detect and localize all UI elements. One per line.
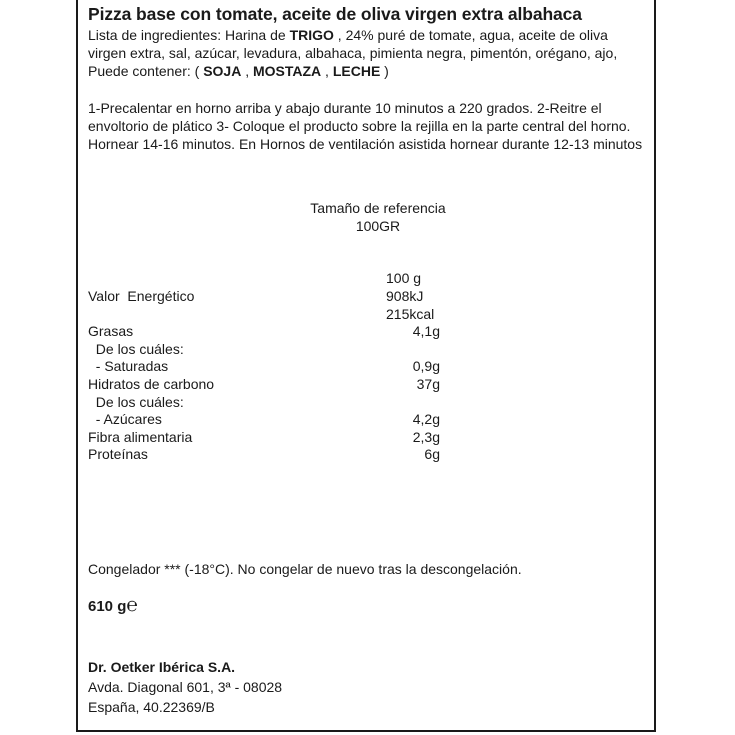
allergen-milk: LECHE <box>333 63 380 79</box>
nutrition-value: 6g <box>424 445 440 463</box>
reference-size-title: Tamaño de referencia <box>278 199 478 217</box>
company-address: Avda. Diagonal 601, 3ª - 08028 <box>88 677 282 697</box>
company-name: Dr. Oetker Ibérica S.A. <box>88 657 235 677</box>
allergen-soy: SOJA <box>203 63 241 79</box>
reference-size-value: 100GR <box>278 217 478 235</box>
separator: , <box>241 63 253 79</box>
cooking-instructions: 1-Precalentar en horno arriba y abajo du… <box>88 99 648 153</box>
nutrition-value: 37g <box>417 375 440 393</box>
product-title: Pizza base con tomate, aceite de oliva v… <box>88 4 582 25</box>
nutrition-value: 4,2g <box>413 410 440 428</box>
storage-instructions: Congelador *** (-18°C). No congelar de n… <box>88 561 522 577</box>
allergen-mustard: MOSTAZA <box>253 63 321 79</box>
company-country: España, 40.22369/B <box>88 697 215 717</box>
nutrition-label: Valor Energético <box>88 287 194 305</box>
ingredients-text: ) <box>380 63 389 79</box>
allergen-wheat: TRIGO <box>290 27 334 43</box>
nutrition-label: - Saturadas <box>88 357 168 375</box>
nutrition-value: 2,3g <box>413 428 440 446</box>
nutrition-value: 0,9g <box>413 357 440 375</box>
ingredients-text: Lista de ingredientes: Harina de <box>88 27 290 43</box>
nutrition-label: Fibra alimentaria <box>88 428 192 446</box>
nutrition-per-label: 100 g <box>386 269 421 287</box>
separator: , <box>321 63 333 79</box>
ingredients-list: Lista de ingredientes: Harina de TRIGO ,… <box>88 26 648 80</box>
product-label: Pizza base con tomate, aceite de oliva v… <box>76 0 656 732</box>
nutrition-value: 4,1g <box>413 322 440 340</box>
nutrition-label: Grasas <box>88 322 133 340</box>
nutrition-label: De los cuáles: <box>88 340 184 358</box>
nutrition-label: De los cuáles: <box>88 393 184 411</box>
nutrition-value: 908kJ <box>386 287 423 305</box>
nutrition-label: Proteínas <box>88 445 148 463</box>
net-weight: 610 g℮ <box>88 598 138 615</box>
nutrition-label: Hidratos de carbono <box>88 375 214 393</box>
nutrition-value: 215kcal <box>386 305 434 323</box>
net-weight-value: 610 g <box>88 598 126 615</box>
estimated-sign-icon: ℮ <box>126 595 137 616</box>
nutrition-label: - Azúcares <box>88 410 162 428</box>
